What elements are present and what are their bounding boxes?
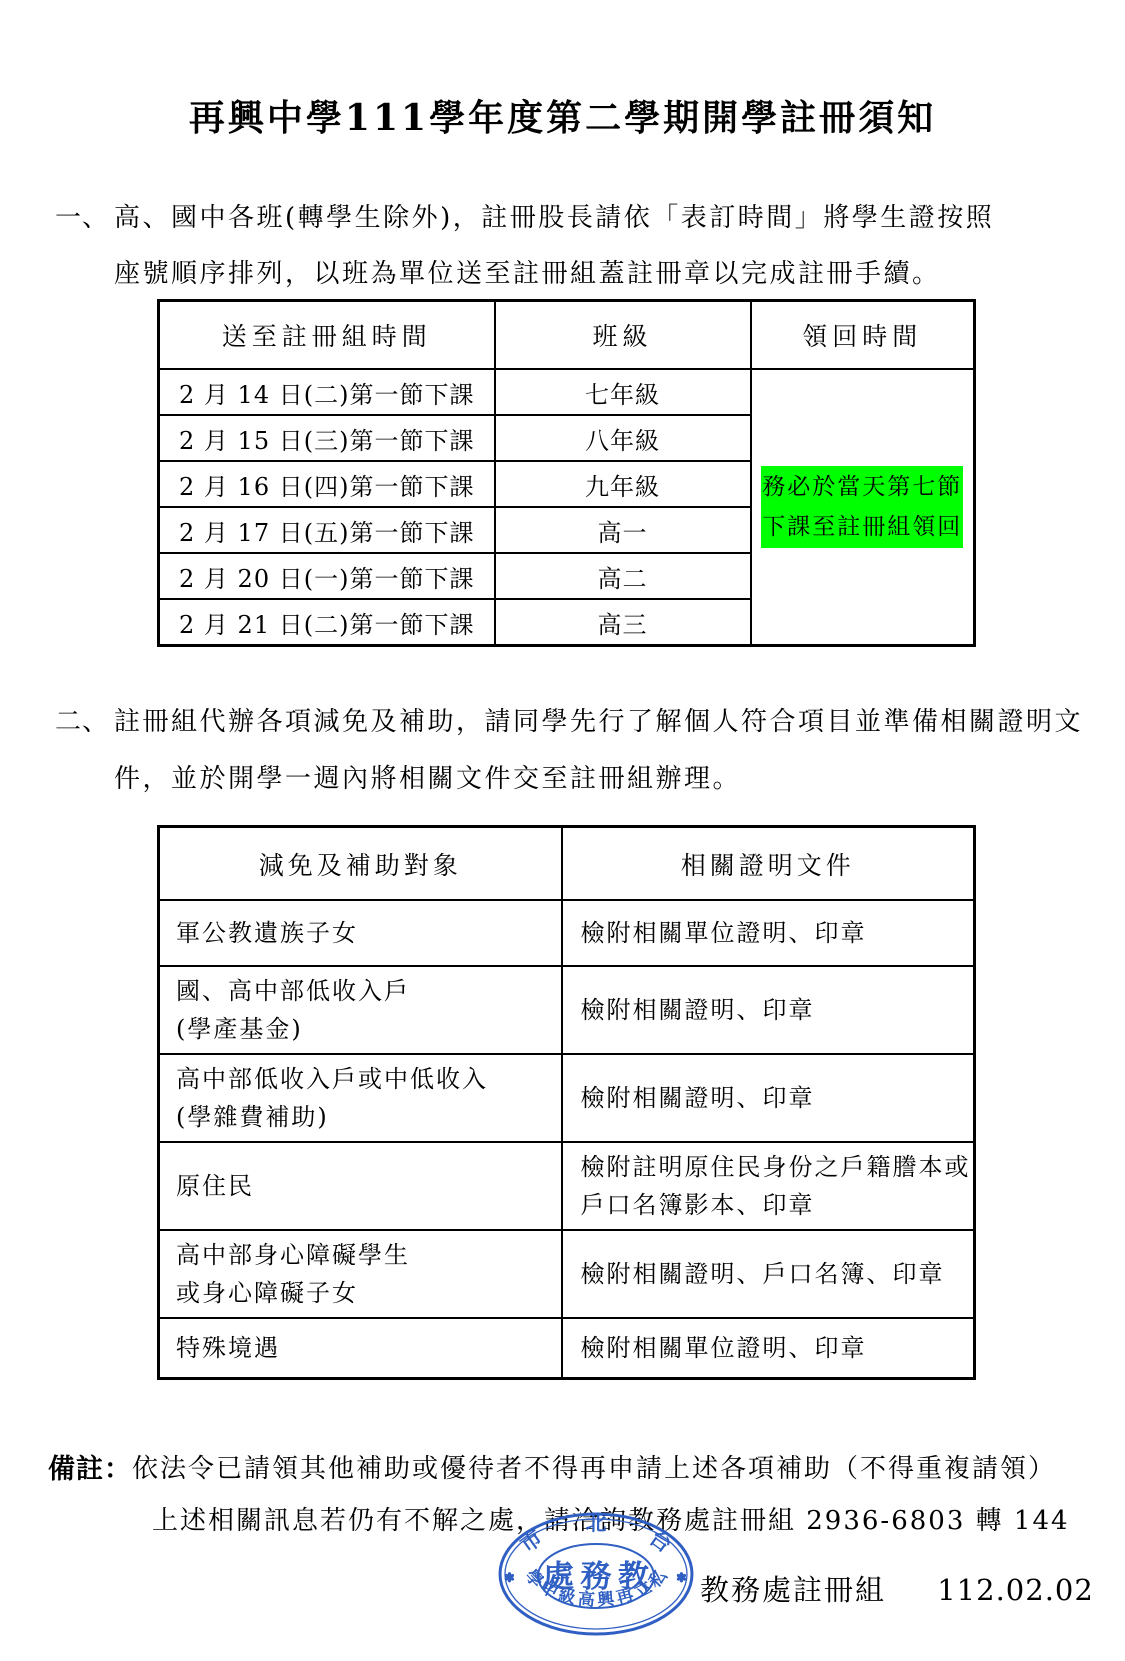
stamp-center-text: 處務教 <box>543 1559 650 1595</box>
time-cell: 2 月 20 日(一)第一節下課 <box>159 553 495 599</box>
target-cell: 國、高中部低收入戶 (學產基金) <box>159 966 562 1054</box>
time-cell: 2 月 14 日(二)第一節下課 <box>159 369 495 415</box>
pickup-cell: 務必於當天第七節 下課至註冊組領回 <box>751 369 975 646</box>
schedule-header-row: 送至註冊組時間 班級 領回時間 <box>159 301 975 370</box>
class-cell: 七年級 <box>495 369 751 415</box>
note-label: 備註： <box>48 1447 132 1486</box>
section-two-line-1: 註冊組代辦各項減免及補助，請同學先行了解個人符合項目並準備相關證明文 <box>114 701 1083 738</box>
target-line-1: 國、高中部低收入戶 <box>176 972 561 1010</box>
header-cell-time: 送至註冊組時間 <box>159 301 495 370</box>
target-cell: 原住民 <box>159 1142 562 1230</box>
section-one-line-1: 高、國中各班(轉學生除外)，註冊股長請依「表訂時間」將學生證按照 <box>114 197 994 234</box>
svg-text:市北台: 市北台 <box>515 1510 676 1557</box>
time-cell: 2 月 21 日(二)第一節下課 <box>159 599 495 646</box>
header-cell-documents: 相關證明文件 <box>562 827 975 901</box>
documents-cell: 檢附相關證明、印章 <box>562 1054 975 1142</box>
subsidy-row: 軍公教遺族子女 檢附相關單位證明、印章 <box>159 900 975 966</box>
time-cell: 2 月 17 日(五)第一節下課 <box>159 507 495 553</box>
doc-title: 再興中學111學年度第二學期開學註冊須知 <box>0 90 1125 141</box>
subsidy-row: 特殊境遇 檢附相關單位證明、印章 <box>159 1318 975 1379</box>
time-cell: 2 月 15 日(三)第一節下課 <box>159 415 495 461</box>
target-line-1: 高中部身心障礙學生 <box>176 1236 561 1274</box>
subsidy-row: 高中部低收入戶或中低收入 (學雜費補助) 檢附相關證明、印章 <box>159 1054 975 1142</box>
class-cell: 九年級 <box>495 461 751 507</box>
footer-office-label: 教務處註冊組 <box>700 1573 886 1607</box>
stamp-flower-right-icon: ✽ <box>676 1571 687 1586</box>
target-line-2: (學雜費補助) <box>176 1098 561 1136</box>
subsidy-row: 高中部身心障礙學生 或身心障礙子女 檢附相關證明、戶口名簿、印章 <box>159 1230 975 1318</box>
class-cell: 八年級 <box>495 415 751 461</box>
schedule-table: 送至註冊組時間 班級 領回時間 2 月 14 日(二)第一節下課 七年級 務必於… <box>157 299 976 647</box>
target-line-1: 高中部低收入戶或中低收入 <box>176 1060 561 1098</box>
note-line-1: 依法令已請領其他補助或優待者不得再申請上述各項補助（不得重複請領） <box>132 1448 1056 1485</box>
section-two-marker: 二、 <box>55 701 109 738</box>
pickup-highlight: 務必於當天第七節 下課至註冊組領回 <box>761 466 963 548</box>
class-cell: 高二 <box>495 553 751 599</box>
header-cell-target: 減免及補助對象 <box>159 827 562 901</box>
pickup-note-line-1: 務必於當天第七節 <box>761 467 963 507</box>
subsidy-row: 原住民 檢附註明原住民身份之戶籍謄本或 戶口名簿影本、印章 <box>159 1142 975 1230</box>
section-one-line-2: 座號順序排列，以班為單位送至註冊組蓋註冊章以完成註冊手續。 <box>114 253 941 290</box>
time-cell: 2 月 16 日(四)第一節下課 <box>159 461 495 507</box>
class-cell: 高三 <box>495 599 751 646</box>
header-cell-pickup: 領回時間 <box>751 301 975 370</box>
office-stamp: 市北台 學中級高興再立私 處務教 ✽ ✽ <box>496 1510 696 1638</box>
documents-cell: 檢附相關證明、戶口名簿、印章 <box>562 1230 975 1318</box>
documents-line-1: 檢附註明原住民身份之戶籍謄本或 <box>581 1148 974 1186</box>
stamp-flower-left-icon: ✽ <box>504 1571 515 1586</box>
target-cell: 高中部身心障礙學生 或身心障礙子女 <box>159 1230 562 1318</box>
subsidy-header-row: 減免及補助對象 相關證明文件 <box>159 827 975 901</box>
target-line-2: (學產基金) <box>176 1010 561 1048</box>
target-cell: 軍公教遺族子女 <box>159 900 562 966</box>
subsidy-table: 減免及補助對象 相關證明文件 軍公教遺族子女 檢附相關單位證明、印章 國、高中部… <box>157 825 976 1380</box>
footer-date: 112.02.02 <box>937 1573 1094 1607</box>
documents-cell: 檢附相關單位證明、印章 <box>562 1318 975 1379</box>
section-two-line-2: 件，並於開學一週內將相關文件交至註冊組辦理。 <box>114 758 741 795</box>
pickup-note-line-2: 下課至註冊組領回 <box>761 507 963 547</box>
header-cell-class: 班級 <box>495 301 751 370</box>
documents-cell: 檢附相關證明、印章 <box>562 966 975 1054</box>
section-one-marker: 一、 <box>55 197 109 234</box>
footer-line: 教務處註冊組 112.02.02 <box>700 1568 1094 1609</box>
target-cell: 高中部低收入戶或中低收入 (學雜費補助) <box>159 1054 562 1142</box>
target-cell: 特殊境遇 <box>159 1318 562 1379</box>
schedule-row: 2 月 14 日(二)第一節下課 七年級 務必於當天第七節 下課至註冊組領回 <box>159 369 975 415</box>
document-page: 再興中學111學年度第二學期開學註冊須知 一、 高、國中各班(轉學生除外)，註冊… <box>0 0 1125 1661</box>
documents-line-2: 戶口名簿影本、印章 <box>581 1186 974 1224</box>
stamp-top-arc-text: 市北台 <box>515 1510 676 1557</box>
subsidy-row: 國、高中部低收入戶 (學產基金) 檢附相關證明、印章 <box>159 966 975 1054</box>
target-line-2: 或身心障礙子女 <box>176 1274 561 1312</box>
documents-cell: 檢附相關單位證明、印章 <box>562 900 975 966</box>
class-cell: 高一 <box>495 507 751 553</box>
documents-cell: 檢附註明原住民身份之戶籍謄本或 戶口名簿影本、印章 <box>562 1142 975 1230</box>
